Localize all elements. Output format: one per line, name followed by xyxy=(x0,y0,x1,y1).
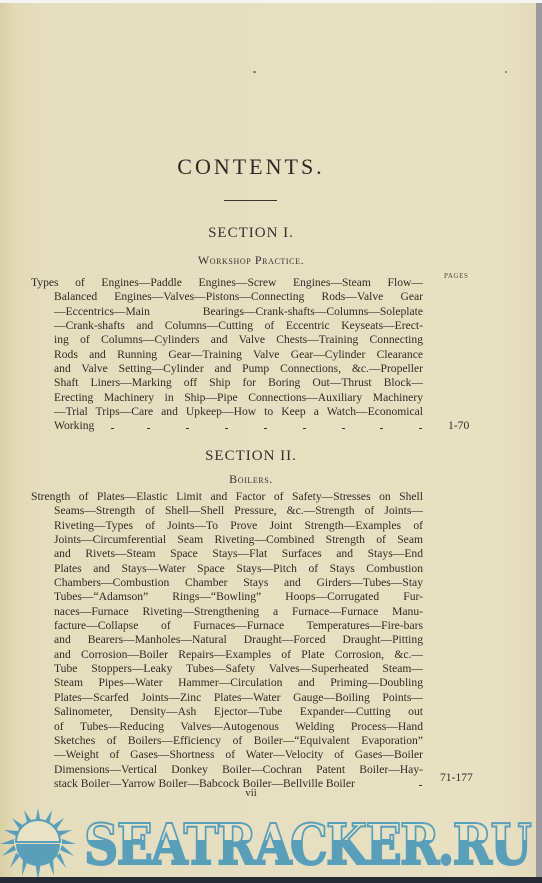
page-title: CONTENTS. xyxy=(0,154,502,180)
entry-line: of Tubes—Reducing Valves—Autogenous Weld… xyxy=(31,720,423,734)
entry-line: —Weight of Gases—Shortness of Water—Velo… xyxy=(31,748,423,762)
entry-line: and Rivets—Steam Space Stays—Flat Surfac… xyxy=(31,547,423,561)
pages-column-label: PAGES xyxy=(444,272,469,280)
section-2-subtitle: Boilers. xyxy=(0,472,502,487)
entry-line: Salinometer, Density—Ash Ejector—Tube Ex… xyxy=(31,705,423,719)
section-2-page-range: 71-177 xyxy=(440,771,473,784)
entry-line: Erecting Machinery in Ship—Pipe Connecti… xyxy=(31,391,423,405)
entry-line: Tube Stoppers—Leaky Tubes—Safety Valves—… xyxy=(31,662,423,676)
entry-line: —Crank-shafts and Columns—Cutting of Ecc… xyxy=(31,319,423,333)
entry-line: and Corrosion—Boiler Repairs—Examples of… xyxy=(31,648,423,662)
entry-line: Tubes—“Adamson” Rings—“Bowling” Hoops—Co… xyxy=(31,590,423,604)
section-1-page-range: 1-70 xyxy=(448,419,469,432)
entry-line: and Bearers—Manholes—Natural Draught—For… xyxy=(31,633,423,647)
bottom-edge xyxy=(0,877,542,883)
entry-line: —Trial Trips—Care and Upkeep—How to Keep… xyxy=(31,405,423,419)
entry-line: Dimensions—Vertical Donkey Boiler—Cochra… xyxy=(31,763,423,777)
entry-line: naces—Furnace Riveting—Strengthening a F… xyxy=(31,605,423,619)
entry-line: Chambers—Combustion Chamber Stays and Gi… xyxy=(31,576,423,590)
entry-line: Types of Engines—Paddle Engines—Screw En… xyxy=(31,276,423,290)
right-edge xyxy=(536,3,542,877)
entry-line: Steam Pipes—Water Hammer—Circulation and… xyxy=(31,676,423,690)
entry-line: Seams—Strength of Shell—Shell Pressure, … xyxy=(31,504,423,518)
entry-line: and Valve Setting—Cylinder and Pump Conn… xyxy=(31,362,423,376)
entry-line: Balanced Engines—Valves—Pistons—Connecti… xyxy=(31,290,423,304)
sun-icon xyxy=(0,808,76,877)
watermark: SEATRACKER.RU SEATRACKER.RU xyxy=(0,800,536,877)
speck xyxy=(253,71,256,73)
scanned-page: CONTENTS. SECTION I. Workshop Practice. … xyxy=(0,3,536,877)
section-2-entry: Strength of Plates—Elastic Limit and Fac… xyxy=(31,490,423,791)
speck xyxy=(505,71,507,73)
entry-line: Plates—Scarfed Joints—Zinc Plates—Water … xyxy=(31,691,423,705)
entry-line: Riveting—Types of Joints—To Prove Joint … xyxy=(31,519,423,533)
entry-line: Shaft Liners—Marking off Ship for Boring… xyxy=(31,376,423,390)
entry-line: Plates and Stays—Water Space Stays—Pitch… xyxy=(31,562,423,576)
entry-line: Rods and Running Gear—Training Valve Gea… xyxy=(31,348,423,362)
section-1-entry: Types of Engines—Paddle Engines—Screw En… xyxy=(31,276,423,434)
entry-line: ing of Columns—Cylinders and Valve Chest… xyxy=(31,333,423,347)
entry-line: Working xyxy=(54,419,94,432)
entry-line: Joints—Circumferential Seam Riveting—Com… xyxy=(31,533,423,547)
section-1-heading: SECTION I. xyxy=(0,225,502,242)
entry-last-line: Working xyxy=(31,419,423,433)
entry-line: facture—Collapse of Furnaces—Furnace Tem… xyxy=(31,619,423,633)
title-rule xyxy=(224,200,277,201)
section-2-heading: SECTION II. xyxy=(0,448,502,465)
entry-line: —Eccentrics—Main Bearings—Crank-shafts—C… xyxy=(31,305,423,319)
entry-line: Sketches of Boilers—Efficiency of Boiler… xyxy=(31,734,423,748)
entry-line: Strength of Plates—Elastic Limit and Fac… xyxy=(31,490,423,504)
section-1-subtitle: Workshop Practice. xyxy=(0,253,502,268)
page-number: vii xyxy=(0,787,502,799)
